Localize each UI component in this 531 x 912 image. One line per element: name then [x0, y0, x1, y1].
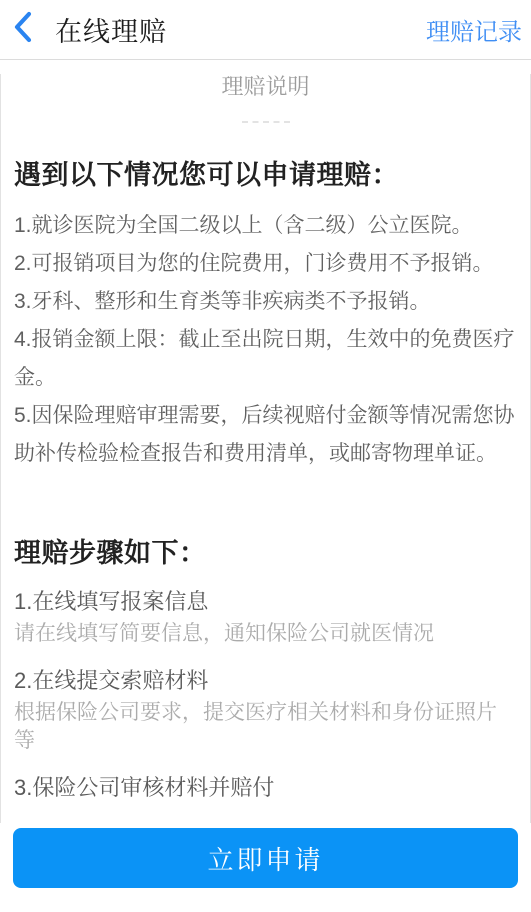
step-item: 3.保险公司审核材料并赔付 [14, 773, 517, 803]
back-button[interactable] [13, 13, 37, 47]
page-title: 在线理赔 [55, 10, 426, 49]
claim-instructions-panel: 理赔说明 遇到以下情况您可以申请理赔： 1.就诊医院为全国二级以上（含二级）公立… [0, 74, 531, 823]
apply-now-button[interactable]: 立即申请 [13, 828, 518, 888]
steps-list: 1.在线填写报案信息 请在线填写简要信息，通知保险公司就医情况 2.在线提交索赔… [14, 587, 517, 803]
step-title: 3.保险公司审核材料并赔付 [14, 773, 517, 803]
step-item: 2.在线提交索赔材料 根据保险公司要求，提交医疗相关材料和身份证照片等 [14, 666, 517, 755]
step-item: 1.在线填写报案信息 请在线填写简要信息，通知保险公司就医情况 [14, 587, 517, 648]
condition-item: 4.报销金额上限：截止至出院日期，生效中的免费医疗金。 [14, 321, 517, 397]
steps-heading: 理赔步骤如下： [14, 535, 517, 571]
condition-item: 1.就诊医院为全国二级以上（含二级）公立医院。 [14, 207, 517, 245]
dash-divider [242, 121, 290, 123]
panel-subtitle: 理赔说明 [14, 74, 517, 99]
conditions-heading: 遇到以下情况您可以申请理赔： [14, 157, 517, 193]
step-title: 2.在线提交索赔材料 [14, 666, 517, 696]
chevron-left-icon [13, 11, 33, 48]
condition-item: 2.可报销项目为您的住院费用，门诊费用不予报销。 [14, 245, 517, 283]
step-description: 根据保险公司要求，提交医疗相关材料和身份证照片等 [14, 699, 517, 755]
conditions-list: 1.就诊医院为全国二级以上（含二级）公立医院。 2.可报销项目为您的住院费用，门… [14, 207, 517, 473]
condition-item: 5.因保险理赔审理需要，后续视赔付金额等情况需您协助补传检验检查报告和费用清单，… [14, 397, 517, 473]
condition-item: 3.牙科、整形和生育类等非疾病类不予报销。 [14, 283, 517, 321]
header-bar: 在线理赔 理赔记录 [0, 0, 531, 60]
step-description: 请在线填写简要信息，通知保险公司就医情况 [14, 620, 517, 648]
claim-records-link[interactable]: 理赔记录 [426, 12, 522, 47]
step-title: 1.在线填写报案信息 [14, 587, 517, 617]
